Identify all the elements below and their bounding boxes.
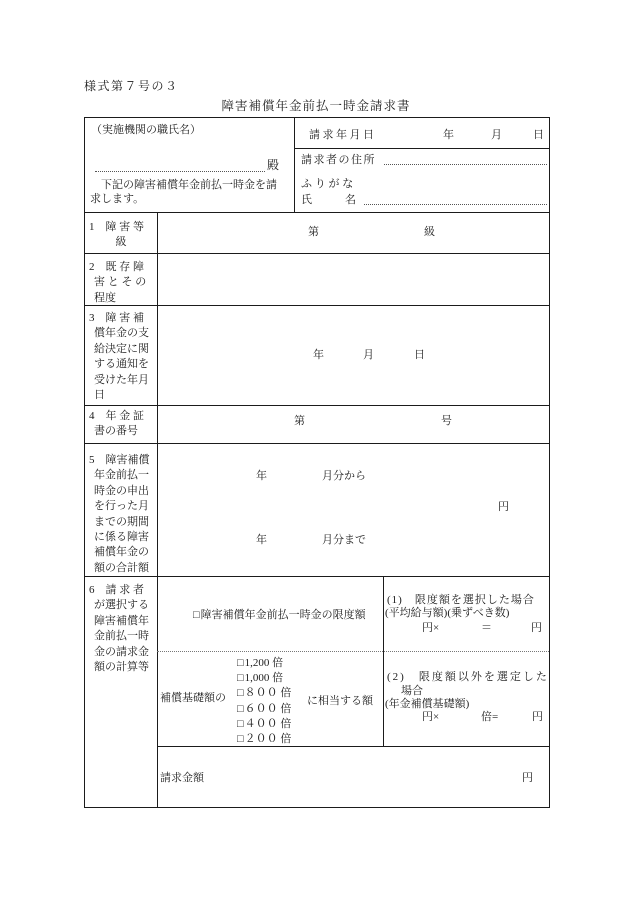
divider-claim-date	[294, 148, 549, 149]
claim-date-day: 日	[533, 128, 544, 142]
multiplier-option-400[interactable]: □４００ 倍	[237, 717, 291, 732]
name-label: 氏 名	[301, 193, 356, 207]
claim-form-table: （実施機関の職氏名） 殿 下記の障害補償年金前払一時金を請求します。 請求年月日…	[84, 117, 550, 808]
claim-amount-unit: 円	[522, 771, 533, 785]
cert-dai: 第	[294, 414, 305, 428]
checkbox-icon[interactable]: □	[237, 718, 244, 730]
notify-day: 日	[414, 348, 425, 362]
claim-statement: 下記の障害補償年金前払一時金を請求します。	[90, 178, 282, 206]
case2-yen-result: 円	[532, 710, 543, 724]
multiplier-option-1000[interactable]: □1,000 倍	[237, 671, 291, 686]
row2-label: 2 既 存 障 害 と そ の 程度	[89, 260, 153, 306]
notify-year: 年	[313, 348, 324, 362]
divider-label-column	[157, 212, 158, 807]
divider-row1	[85, 253, 549, 254]
divider-claim-amount	[157, 746, 549, 747]
limit-amount-label: 障害補償年金前払一時金の限度額	[201, 609, 366, 621]
row5-label: 5 障害補償 年金前払一 時金の申出 を行った月 までの期間 に係る障害 補償年…	[89, 453, 153, 576]
form-title: 障害補償年金前払一時金請求書	[84, 96, 548, 114]
limit-amount-option[interactable]: □障害補償年金前払一時金の限度額	[193, 608, 366, 622]
multiplier-option-1200[interactable]: □1,200 倍	[237, 656, 291, 671]
address-entry: 請求者の住所	[301, 151, 547, 167]
case1-yen-result: 円	[531, 621, 542, 635]
row1-label: 1 障 害 等 級	[89, 220, 153, 251]
period-from-month: 月分から	[322, 469, 366, 483]
multiplier-option-200[interactable]: □２００ 倍	[237, 732, 291, 747]
checkbox-icon[interactable]: □	[237, 703, 244, 715]
equivalent-amount-label: に相当する額	[307, 694, 373, 708]
grade-kyuu: 級	[424, 225, 435, 239]
checkbox-icon[interactable]: □	[193, 609, 200, 621]
case1-title: (1) 限度額を選択した場合	[387, 593, 535, 607]
multiplier-list: □1,200 倍 □1,000 倍 □８００ 倍 □６００ 倍 □４００ 倍 □…	[237, 656, 291, 747]
cert-gou: 号	[441, 414, 452, 428]
dono-label: 殿	[267, 156, 279, 173]
divider-header-vertical	[294, 118, 295, 212]
claim-date-label: 請求年月日	[309, 128, 377, 142]
row3-label: 3 障 害 補 償年金の支 給決定に関 する通知を 受けた年月 日	[89, 311, 153, 403]
row6-label: 6 請 求 者 が選択する 障害補償年 金前払一時 金の請求金 額の計算等	[89, 583, 153, 675]
divider-row4	[85, 443, 549, 444]
checkbox-icon[interactable]: □	[237, 733, 244, 745]
period-total-yen: 円	[498, 500, 509, 514]
claim-amount-label: 請求金額	[160, 771, 204, 785]
checkbox-icon[interactable]: □	[237, 657, 244, 669]
grade-dai: 第	[308, 225, 319, 239]
multiplier-option-800[interactable]: □８００ 倍	[237, 686, 291, 701]
claim-date-month: 月	[491, 128, 502, 142]
checkbox-icon[interactable]: □	[237, 672, 244, 684]
divider-row2	[85, 305, 549, 306]
agency-name-line[interactable]	[95, 157, 265, 172]
form-number: 様式第７号の３	[84, 79, 179, 93]
agency-label: （実施機関の職氏名）	[91, 123, 201, 137]
name-entry: 氏 名	[301, 191, 547, 207]
case2-yen-times: 円×	[422, 710, 439, 724]
case2-title2: 場合	[401, 684, 423, 698]
form-page: 様式第７号の３ 障害補償年金前払一時金請求書 （実施機関の職氏名） 殿 下記の障…	[0, 0, 630, 903]
furigana-label: ふ り が な	[301, 177, 353, 191]
name-line[interactable]	[364, 191, 547, 205]
case1-yen-times: 円×	[422, 621, 439, 635]
base-amount-label: 補償基礎額の	[160, 691, 226, 705]
divider-row6-dashed	[157, 651, 549, 652]
case2-title: (2) 限度額以外を選定した	[387, 670, 549, 684]
claim-date-year: 年	[443, 128, 454, 142]
divider-header-bottom	[85, 212, 549, 213]
case2-equals: 倍=	[481, 710, 498, 724]
period-from-year: 年	[256, 469, 267, 483]
notify-month: 月	[363, 348, 374, 362]
case1-subtitle: (平均給与額)(乗ずべき数)	[385, 606, 509, 620]
case2-subtitle: (年金補償基礎額)	[385, 697, 469, 711]
row4-label: 4 年 金 証 書の番号	[89, 409, 153, 440]
divider-row6-vertical	[383, 576, 384, 746]
period-to-month: 月分まで	[322, 533, 366, 547]
case1-equals: ＝	[481, 621, 492, 635]
agency-name-entry: 殿	[95, 156, 279, 173]
address-label: 請求者の住所	[301, 153, 376, 167]
address-line[interactable]	[384, 151, 547, 165]
multiplier-option-600[interactable]: □６００ 倍	[237, 702, 291, 717]
divider-row5	[85, 576, 549, 577]
period-to-year: 年	[256, 533, 267, 547]
divider-row3	[85, 405, 549, 406]
checkbox-icon[interactable]: □	[237, 687, 244, 699]
